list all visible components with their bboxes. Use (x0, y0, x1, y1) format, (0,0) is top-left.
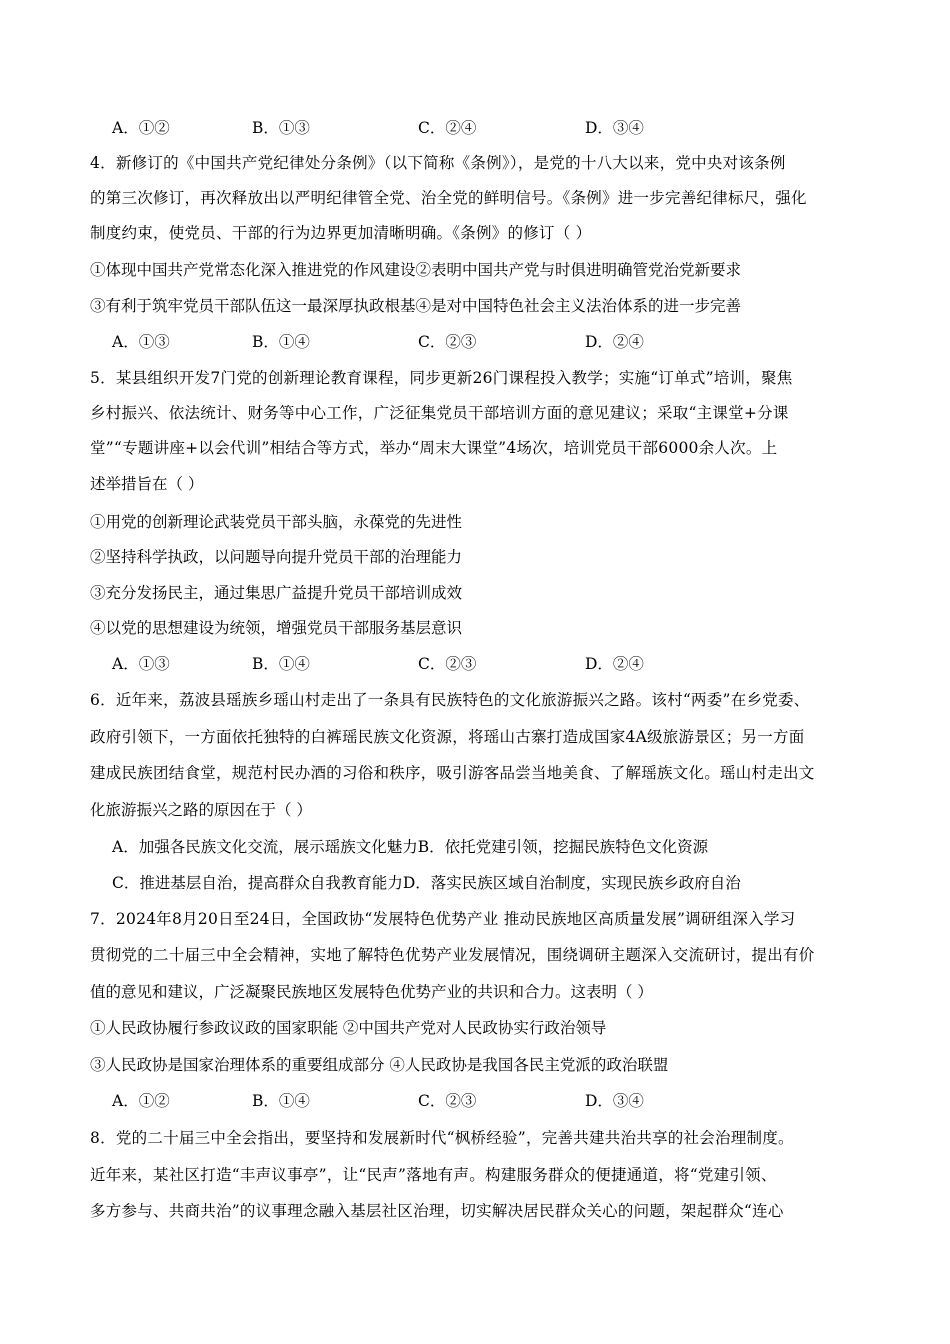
q4-statement: ③有利于筑牢党员干部队伍这一最深厚执政根基④是对中国特色社会主义法治体系的进一步… (90, 296, 741, 316)
q7-stem-line: 7．2024年8月20日至24日，全国政协“发展特色优势产业 推动民族地区高质量… (90, 909, 795, 929)
q4-stem-line: 4．新修订的《中国共产党纪律处分条例》（以下简称《条例》），是党的十八大以来，党… (90, 153, 786, 173)
q5-stem-line: 堂”“专题讲座+以会代训”相结合等方式，举办“周末大课堂”4场次，培训党员干部6… (90, 438, 777, 458)
q7-option-c: C．②③ (418, 1091, 476, 1111)
q4-option-d: D．②④ (585, 332, 644, 352)
q3-option-c: C．②④ (418, 118, 476, 138)
q7-stem-line: 值的意见和建议，广泛凝聚民族地区发展特色优势产业的共识和合力。这表明（ ） (90, 982, 653, 1002)
q5-stem-line: 5．某县组织开发7门党的创新理论教育课程，同步更新26门课程投入教学；实施“订单… (90, 368, 793, 388)
q6-stem-line: 建成民族团结食堂，规范村民办酒的习俗和秩序，吸引游客品尝当地美食、了解瑶族文化。… (90, 763, 815, 783)
q3-option-d: D．③④ (585, 118, 644, 138)
q7-statement: ③人民政协是国家治理体系的重要组成部分 ④人民政协是我国各民主党派的政治联盟 (90, 1055, 668, 1075)
q4-stem-line: 制度约束，使党员、干部的行为边界更加清晰明确。《条例》的修订（ ） (90, 223, 591, 243)
q6-stem-line: 化旅游振兴之路的原因在于（ ） (90, 800, 312, 820)
q5-option-a: A．①③ (112, 654, 170, 674)
q5-stem-line: 述举措旨在（ ） (90, 474, 203, 494)
q5-option-b: B．①④ (252, 654, 310, 674)
q4-stem-line: 的第三次修订，再次释放出以严明纪律管全党、治全党的鲜明信号。《条例》进一步完善纪… (90, 188, 807, 208)
q7-statement: ①人民政协履行参政议政的国家职能 ②中国共产党对人民政协实行政治领导 (90, 1018, 606, 1038)
q8-stem-line: 8．党的二十届三中全会指出，要坚持和发展新时代“枫桥经验”，完善共建共治共享的社… (90, 1128, 794, 1148)
q4-option-c: C．②③ (418, 332, 476, 352)
q8-stem-line: 多方参与、共商共治”的议事理念融入基层社区治理，切实解决居民群众关心的问题，架起… (90, 1201, 784, 1221)
q6-stem-line: 6．近年来，荔波县瑶族乡瑶山村走出了一条具有民族特色的文化旅游振兴之路。该村“两… (90, 690, 809, 710)
q5-option-d: D．②④ (585, 654, 644, 674)
q7-option-d: D．③④ (585, 1091, 644, 1111)
q5-statement: ②坚持科学执政，以问题导向提升党员干部的治理能力 (90, 547, 462, 567)
q5-statement: ③充分发扬民主，通过集思广益提升党员干部培训成效 (90, 583, 462, 603)
q3-option-a: A．①② (112, 118, 170, 138)
q6-options-line: C．推进基层自治，提高群众自我教育能力D．落实民族区域自治制度，实现民族乡政府自… (112, 873, 741, 893)
q5-statement: ④以党的思想建设为统领，增强党员干部服务基层意识 (90, 618, 462, 638)
q8-stem-line: 近年来，某社区打造“丰声议事亭”，让“民声”落地有声。构建服务群众的便捷通道，将… (90, 1165, 777, 1185)
q5-statement: ①用党的创新理论武装党员干部头脑，永葆党的先进性 (90, 512, 462, 532)
q6-options-line: A．加强各民族文化交流，展示瑶族文化魅力B．依托党建引领，挖掘民族特色文化资源 (112, 837, 708, 857)
q7-stem-line: 贯彻党的二十届三中全会精神，实地了解特色优势产业发展情况，围绕调研主题深入交流研… (90, 945, 815, 965)
q7-option-a: A．①② (112, 1091, 170, 1111)
q4-statement: ①体现中国共产党常态化深入推进党的作风建设②表明中国共产党与时俱进明确管党治党新… (90, 260, 741, 280)
q4-option-a: A．①③ (112, 332, 170, 352)
q4-option-b: B．①④ (252, 332, 310, 352)
q7-option-b: B．①④ (252, 1091, 310, 1111)
q5-option-c: C．②③ (418, 654, 476, 674)
q5-stem-line: 乡村振兴、依法统计、财务等中心工作，广泛征集党员干部培训方面的意见建议；采取“主… (90, 403, 789, 423)
document-page: A．①② B．①③ C．②④ D．③④ 4．新修订的《中国共产党纪律处分条例》（… (0, 0, 950, 1344)
q3-option-b: B．①③ (252, 118, 310, 138)
q6-stem-line: 政府引领下，一方面依托独特的白裤瑶民族文化资源，将瑶山古寨打造成国家4A级旅游景… (90, 727, 805, 747)
